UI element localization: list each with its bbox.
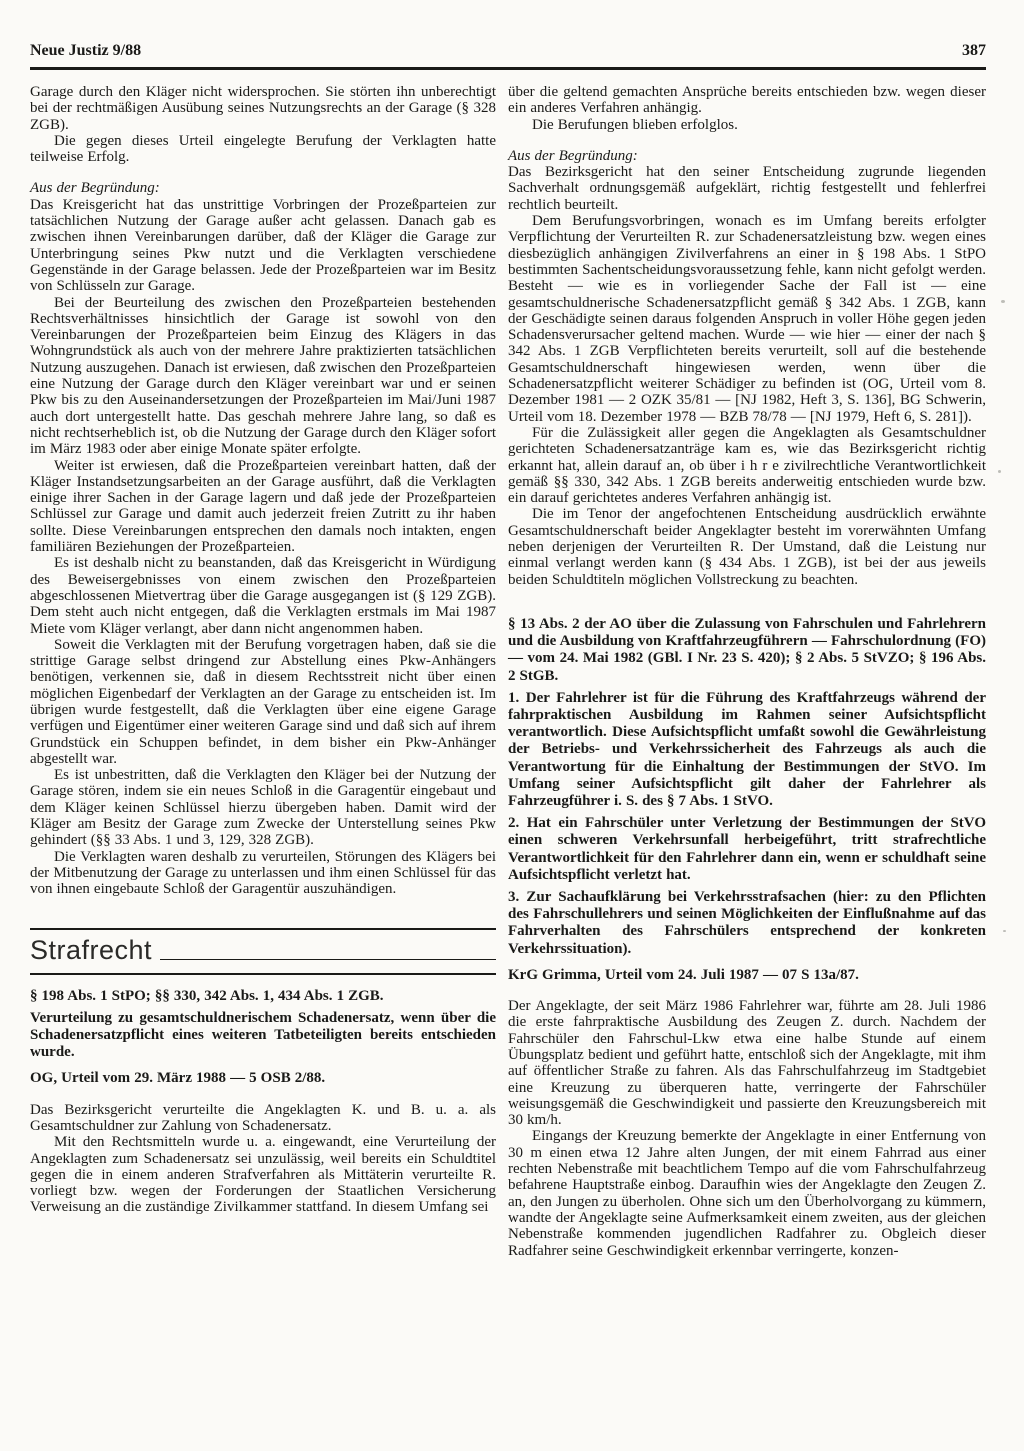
body-paragraph: Bei der Beurteilung des zwischen den Pro… (30, 295, 496, 458)
scan-artifact (1003, 930, 1006, 932)
body-paragraph: Mit den Rechtsmitteln wurde u. a. eingew… (30, 1134, 496, 1215)
body-paragraph: über die geltend gemachten Ansprüche ber… (508, 84, 986, 117)
body-paragraph: Das Bezirksgericht hat den seiner Entsch… (508, 164, 986, 213)
page-number: 387 (962, 42, 986, 60)
headnote: 3. Zur Sachaufklärung bei Verkehrsstrafs… (508, 889, 986, 958)
headnote: Verurteilung zu gesamtschuldnerischem Sc… (30, 1010, 496, 1062)
headnote: 1. Der Fahrlehrer ist für die Führung de… (508, 690, 986, 810)
journal-page: Neue Justiz 9/88 387 Garage durch den Kl… (0, 0, 1024, 1451)
section-heading-label: Strafrecht (30, 937, 152, 964)
body-paragraph: Die im Tenor der angefochtenen Entscheid… (508, 506, 986, 587)
body-paragraph: Garage durch den Kläger nicht widersproc… (30, 84, 496, 133)
body-paragraph: Soweit die Verklagten mit der Berufung v… (30, 637, 496, 767)
body-paragraph: Es ist deshalb nicht zu beanstanden, daß… (30, 555, 496, 636)
page-header: Neue Justiz 9/88 387 (30, 42, 986, 60)
body-paragraph: Die Berufungen blieben erfolglos. (508, 117, 986, 133)
body-paragraph: Für die Zulässigkeit aller gegen die Ang… (508, 425, 986, 506)
body-paragraph: Eingangs der Kreuzung bemerkte der Angek… (508, 1128, 986, 1258)
section-heading-rule (160, 959, 496, 960)
body-paragraph: Das Bezirksgericht verurteilte die Angek… (30, 1102, 496, 1135)
statute-reference: § 13 Abs. 2 der AO über die Zulassung vo… (508, 616, 986, 685)
section-heading: Strafrecht (30, 928, 496, 975)
body-paragraph: Weiter ist erwiesen, daß die Prozeßparte… (30, 458, 496, 556)
journal-title: Neue Justiz 9/88 (30, 42, 141, 60)
body-paragraph: Die Verklagten waren deshalb zu verurtei… (30, 849, 496, 898)
header-rule (30, 67, 986, 70)
body-paragraph: Es ist unbestritten, daß die Verklagten … (30, 767, 496, 848)
begruendung-heading: Aus der Begründung: (30, 180, 496, 196)
begruendung-heading: Aus der Begründung: (508, 148, 986, 164)
court-citation: KrG Grimma, Urteil vom 24. Juli 1987 — 0… (508, 967, 986, 983)
body-paragraph: Das Kreisgericht hat das unstrittige Vor… (30, 197, 496, 295)
headnote: 2. Hat ein Fahrschüler unter Verletzung … (508, 815, 986, 884)
body-paragraph: Der Angeklagte, der seit März 1986 Fahrl… (508, 998, 986, 1128)
body-paragraph: Die gegen dieses Urteil eingelegte Beruf… (30, 133, 496, 166)
scan-artifact (1001, 300, 1005, 303)
scan-artifact (998, 470, 1001, 473)
right-column: über die geltend gemachten Ansprüche ber… (508, 84, 986, 1259)
body-paragraph: Dem Berufungsvorbringen, wonach es im Um… (508, 213, 986, 425)
left-column: Garage durch den Kläger nicht widersproc… (30, 84, 496, 1216)
court-citation: OG, Urteil vom 29. März 1988 — 5 OSB 2/8… (30, 1070, 496, 1086)
statute-reference: § 198 Abs. 1 StPO; §§ 330, 342 Abs. 1, 4… (30, 988, 496, 1005)
